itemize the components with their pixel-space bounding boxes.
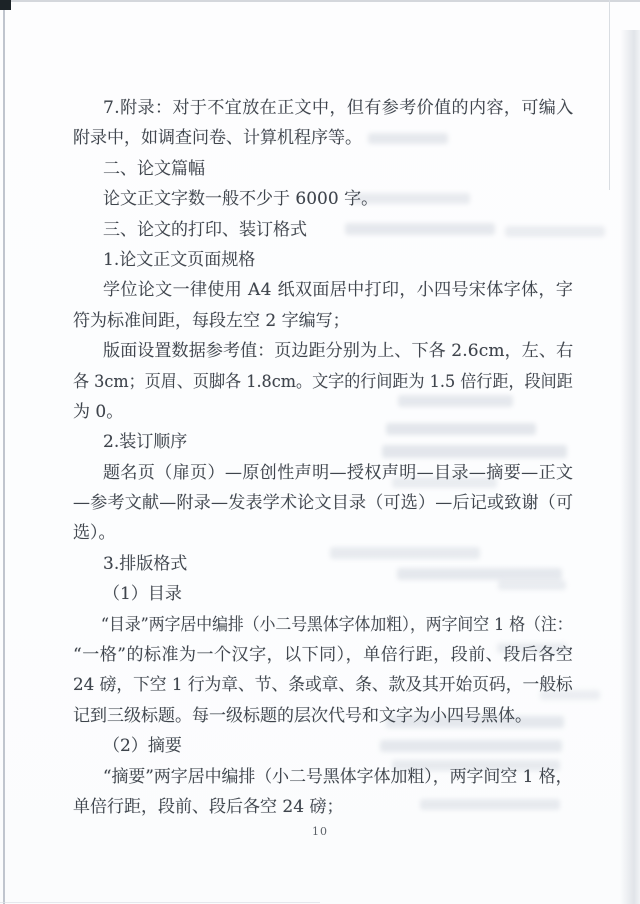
text-line: 单倍行距，段前、段后各空 24 磅；: [73, 792, 343, 822]
scan-edge-right-line: [609, 0, 610, 190]
text-block: 7.附录：对于不宜放在正文中，但有参考价值的内容，可编入附录中，如调查问卷、计算…: [73, 93, 573, 822]
text-line: —参考文献—附录—发表学术论文目录（可选）—后记或致谢（可: [73, 488, 573, 518]
text-line: 7.附录：对于不宜放在正文中，但有参考价值的内容，可编入: [73, 93, 574, 123]
scan-edge-top: [0, 0, 640, 2]
text-line: 2.装订顺序: [73, 427, 187, 457]
scan-edge-bottom: [0, 902, 320, 903]
text-line: 二、论文篇幅: [73, 154, 205, 184]
scanned-document-page: 7.附录：对于不宜放在正文中，但有参考价值的内容，可编入附录中，如调查问卷、计算…: [0, 0, 640, 904]
text-line: 论文正文字数一般不少于 6000 字。: [73, 184, 378, 214]
text-line: “目录”两字居中编排（小二号黑体字体加粗），两字间空 1 格（注：: [73, 610, 573, 640]
text-line: 为 0。: [73, 397, 123, 427]
text-line: 题名页（扉页）—原创性声明—授权声明—目录—摘要—正文: [73, 458, 573, 488]
text-line: “一格”的标准为一个汉字，以下同），单倍行距，段前、段后各空: [73, 640, 573, 670]
text-line: （2）摘要: [73, 731, 182, 761]
text-line: 1.论文正文页面规格: [73, 245, 255, 275]
text-line: （1）目录: [73, 579, 182, 609]
scan-edge-right-shadow: [620, 30, 640, 904]
text-line: 记到三级标题。每一级标题的层次代号和文字为小四号黑体。: [73, 701, 532, 731]
text-line: 版面设置数据参考值：页边距分别为上、下各 2.6cm，左、右: [73, 336, 573, 366]
text-line: “摘要”两字居中编排（小二号黑体字体加粗），两字间空 1 格，: [73, 762, 573, 792]
scan-edge-left: [3, 0, 5, 904]
text-line: 3.排版格式: [73, 549, 187, 579]
scan-corner-artifact: [0, 0, 11, 10]
text-line: 选）。: [73, 518, 116, 548]
text-line: 各 3cm；页眉、页脚各 1.8cm。文字的行间距为 1.5 倍行距，段间距: [73, 367, 573, 397]
text-line: 学位论文一律使用 A4 纸双面居中打印，小四号宋体字体，字: [73, 275, 573, 305]
text-line: 24 磅，下空 1 行为章、节、条或章、条、款及其开始页码，一般标: [73, 670, 573, 700]
page-number: 10: [0, 825, 640, 838]
text-line: 符为标准间距，每段左空 2 字编写；: [73, 306, 350, 336]
text-line: 附录中，如调查问卷、计算机程序等。: [73, 123, 362, 153]
text-line: 三、论文的打印、装订格式: [73, 215, 307, 245]
